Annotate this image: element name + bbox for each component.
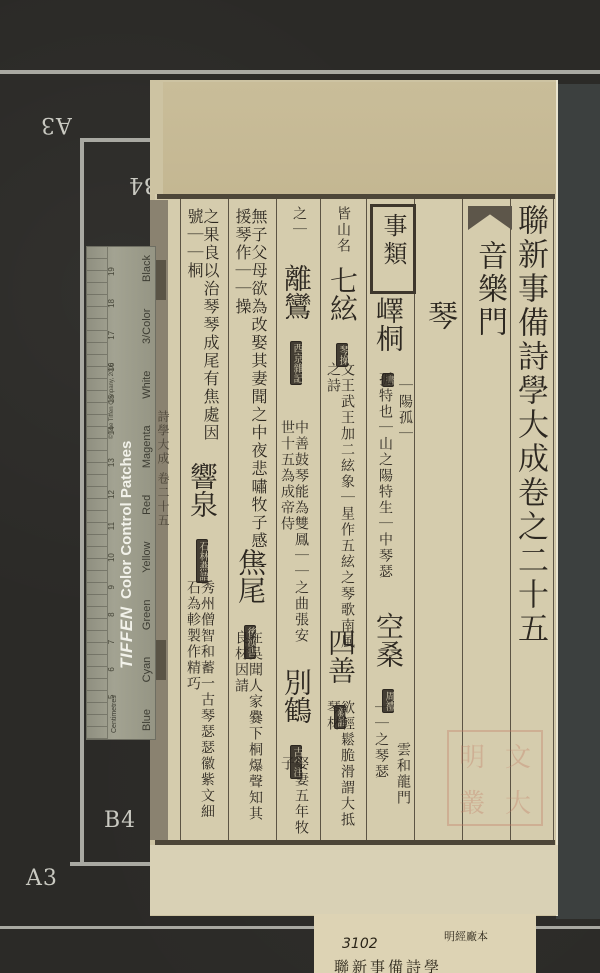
ruler-number: 18 <box>107 299 116 308</box>
entry-headword: 空桑 <box>372 612 405 668</box>
entry-headword: 響泉 <box>186 462 219 518</box>
entry-note: 無子父母欲為改娶其妻聞之中夜悲嘯牧子感之援琴作｜｜操 <box>234 208 266 578</box>
catalog-number: 3102 <box>342 936 378 952</box>
ruler-number: 10 <box>107 553 116 562</box>
entry-note: 娶妻五年牧子 <box>280 756 308 836</box>
tiffen-logo: TIFFEN <box>117 607 137 670</box>
ruler-number: 13 <box>107 458 116 467</box>
edition-note: 明經廠本 <box>444 928 488 944</box>
page-border-top <box>157 194 555 199</box>
patch-label-3color: 3/Color <box>141 309 153 344</box>
catalog-title: 聯新事備詩學 <box>334 956 442 973</box>
source-tag: 西京雜記 <box>290 341 302 385</box>
template-line-a3-top <box>0 70 600 74</box>
page-bottom-margin <box>150 845 558 915</box>
entry-note: 中善鼓琴能為雙鳳｜｜之曲張安世十五為成帝侍 <box>280 420 308 650</box>
entry-note: ｜陽孤｜ <box>398 378 412 442</box>
column-rule <box>180 199 181 840</box>
entry-note: 在吳聞人家爨下桐爆聲知其良材因請 <box>234 630 262 830</box>
seal-char: 大 <box>505 783 531 820</box>
column-rule <box>414 199 415 840</box>
entry-prefix: 之｜ <box>292 206 306 238</box>
template-line-b4-top <box>80 138 160 142</box>
column-rule <box>228 199 229 840</box>
ruler-number: 6 <box>107 667 116 671</box>
column-rule <box>276 199 277 840</box>
ruler-number: 17 <box>107 331 116 340</box>
patch-label-yellow: Yellow <box>141 542 153 573</box>
ruler-number: 12 <box>107 490 116 499</box>
book-title: 聯新事備詩學大成卷之二十五 <box>514 204 545 646</box>
ruler-unit-label: Centimetres <box>111 695 118 733</box>
column-rule <box>366 199 367 840</box>
entry-note: 雲和龍門 <box>396 742 410 806</box>
collector-seal: 明 文 叢 大 <box>447 730 543 826</box>
ruler-number: 9 <box>107 585 116 589</box>
entry-note: ｜｜之琴瑟 <box>374 700 388 780</box>
ruler-number: 7 <box>107 640 116 644</box>
category-label-box: 事類 <box>370 204 416 294</box>
entry-headword: 嶧桐 <box>372 296 405 352</box>
entry-headword: 四善 <box>324 628 357 684</box>
entry-headword: 別鶴 <box>280 668 313 724</box>
patch-labels: Blue Cyan Green Yellow Red Magenta White… <box>141 255 153 731</box>
backing-board <box>556 84 600 919</box>
column-rule <box>320 199 321 840</box>
tiffen-color-control-strip: 5 6 7 8 9 10 11 12 13 14 15 16 17 18 19 … <box>86 246 156 740</box>
entry-headword: 焦尾 <box>234 548 267 604</box>
template-line-b4-left <box>80 138 84 866</box>
entry-column: 響泉 石林燕語 <box>188 462 216 585</box>
entry-headword: 離鸞 <box>280 264 313 320</box>
centimetre-ruler <box>87 247 108 739</box>
template-mark-a3-bottom: A3 <box>26 866 58 891</box>
ruler-number: 8 <box>107 612 116 616</box>
catalog-slip: 3102 明經廠本 聯新事備詩學 <box>314 914 536 973</box>
patch-label-black: Black <box>141 255 153 282</box>
template-mark-a3-top: A3 <box>40 112 72 137</box>
patch-label-blue: Blue <box>141 709 153 731</box>
patch-label-magenta: Magenta <box>141 425 153 468</box>
entry-column: 離鸞 西京雜記 <box>282 264 310 387</box>
section-heading: 音樂門 <box>474 240 504 339</box>
strip-title: Color Control Patches <box>118 441 135 599</box>
entry-note: 文王武王加二絃象｜星作五絃之琴歌南風之詩 <box>326 362 354 662</box>
fold-title: 詩學大成 卷二十五 <box>158 410 172 528</box>
entry-note: 欲輕鬆脆滑謂大抵琴材 <box>326 700 354 830</box>
strip-copyright: © The Tiffen Company, 2000 <box>109 363 115 439</box>
entry-note: 孤特也｜山之陽特生｜中琴瑟 <box>378 372 392 592</box>
seal-char: 明 <box>459 737 485 774</box>
column-rule <box>553 199 554 840</box>
patch-label-green: Green <box>141 600 153 631</box>
seal-char: 文 <box>505 737 531 774</box>
template-mark-b4-bottom: B4 <box>104 808 136 833</box>
entry-headword: 七絃 <box>326 266 359 322</box>
page-top-margin <box>163 82 556 194</box>
seal-char: 叢 <box>459 783 485 820</box>
category-label: 事類 <box>381 213 405 269</box>
patch-label-cyan: Cyan <box>141 657 153 683</box>
patch-label-white: White <box>141 371 153 399</box>
patch-label-red: Red <box>141 495 153 515</box>
source-tag: 石林燕語 <box>196 539 208 583</box>
entry-note: 秀州僧智和蓄一古琴瑟瑟徽紫文細石為軫製作精巧 <box>186 580 214 830</box>
ruler-number: 19 <box>107 267 116 276</box>
template-line-b4-bottom <box>70 862 160 866</box>
ruler-number: 11 <box>107 522 116 530</box>
ruler-numbers: 5 6 7 8 9 10 11 12 13 14 15 16 17 18 19 <box>107 267 116 699</box>
entry-note: 之果良以治琴琴成尾有焦處因號｜｜桐 <box>186 208 218 448</box>
entry-column: 七絃 琴操 <box>328 266 356 369</box>
subject-heading: 琴 <box>424 300 454 332</box>
entry-prefix: 皆山名 <box>336 206 350 254</box>
